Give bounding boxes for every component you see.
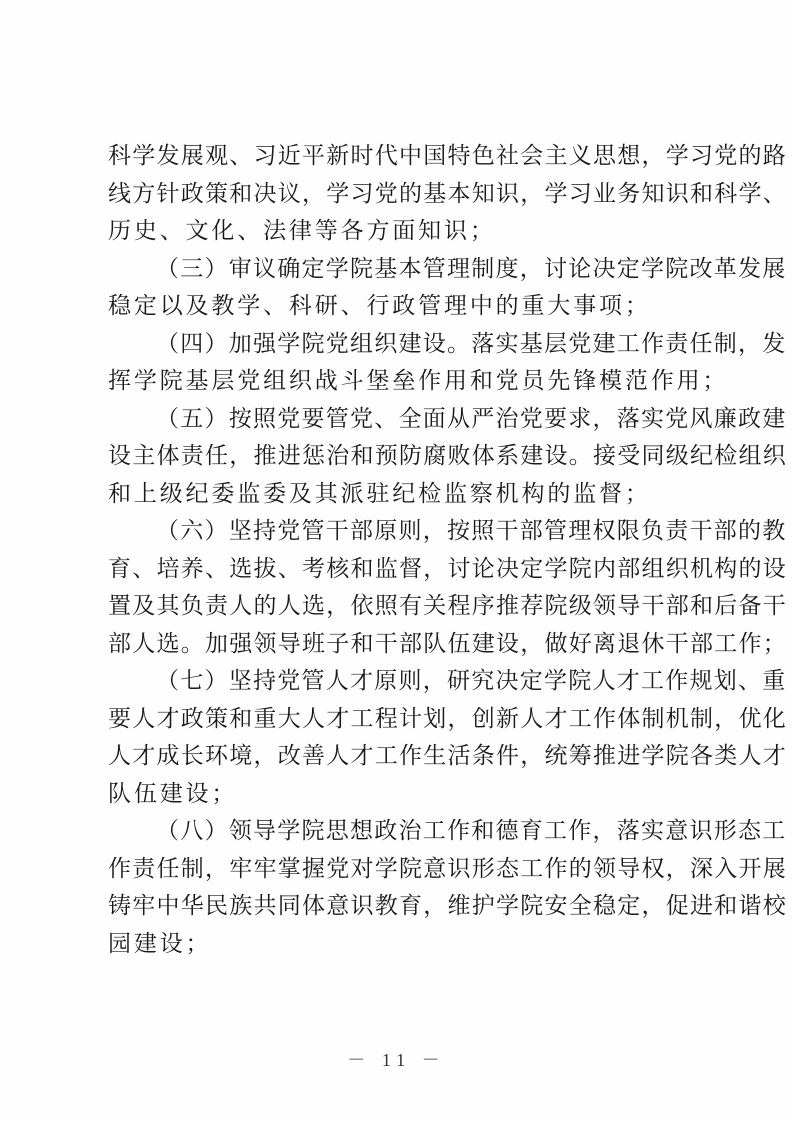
text-line: 人才成长环境，改善人才工作生活条件，统筹推进学院各类人才	[108, 738, 692, 776]
text-line: 铸牢中华民族共同体意识教育，维护学院安全稳定，促进和谐校	[108, 888, 692, 926]
text-line: 作责任制，牢牢掌握党对学院意识形态工作的领导权，深入开展	[108, 851, 692, 889]
document-page: 科学发展观、习近平新时代中国特色社会主义思想，学习党的路线方针政策和决议，学习党…	[0, 0, 793, 1121]
text-line: 设主体责任，推进惩治和预防腐败体系建设。接受同级纪检组织	[108, 438, 692, 476]
text-line: （四）加强学院党组织建设。落实基层党建工作责任制，发	[108, 326, 692, 364]
text-line: （七）坚持党管人才原则，研究决定学院人才工作规划、重	[108, 663, 692, 701]
text-line: 挥学院基层党组织战斗堡垒作用和党员先锋模范作用；	[108, 363, 692, 401]
text-line: （三）审议确定学院基本管理制度，讨论决定学院改革发展	[108, 251, 692, 289]
text-line: （五）按照党要管党、全面从严治党要求，落实党风廉政建	[108, 401, 692, 439]
text-line: 稳定以及教学、科研、行政管理中的重大事项；	[108, 288, 692, 326]
text-line: 部人选。加强领导班子和干部队伍建设，做好离退休干部工作；	[108, 626, 692, 664]
text-line: （八）领导学院思想政治工作和德育工作，落实意识形态工	[108, 813, 692, 851]
page-number: － 11 －	[0, 1046, 793, 1072]
text-line: 队伍建设；	[108, 776, 692, 814]
text-line: 线方针政策和决议，学习党的基本知识，学习业务知识和科学、	[108, 176, 692, 214]
text-line: 育、培养、选拔、考核和监督，讨论决定学院内部组织机构的设	[108, 551, 692, 589]
text-line: 要人才政策和重大人才工程计划，创新人才工作体制机制，优化	[108, 701, 692, 739]
text-line: 置及其负责人的人选，依照有关程序推荐院级领导干部和后备干	[108, 588, 692, 626]
document-body: 科学发展观、习近平新时代中国特色社会主义思想，学习党的路线方针政策和决议，学习党…	[108, 138, 692, 963]
text-line: （六）坚持党管干部原则，按照干部管理权限负责干部的教	[108, 513, 692, 551]
text-line: 历史、文化、法律等各方面知识；	[108, 213, 692, 251]
text-line: 科学发展观、习近平新时代中国特色社会主义思想，学习党的路	[108, 138, 692, 176]
text-line: 园建设；	[108, 926, 692, 964]
text-line: 和上级纪委监委及其派驻纪检监察机构的监督；	[108, 476, 692, 514]
